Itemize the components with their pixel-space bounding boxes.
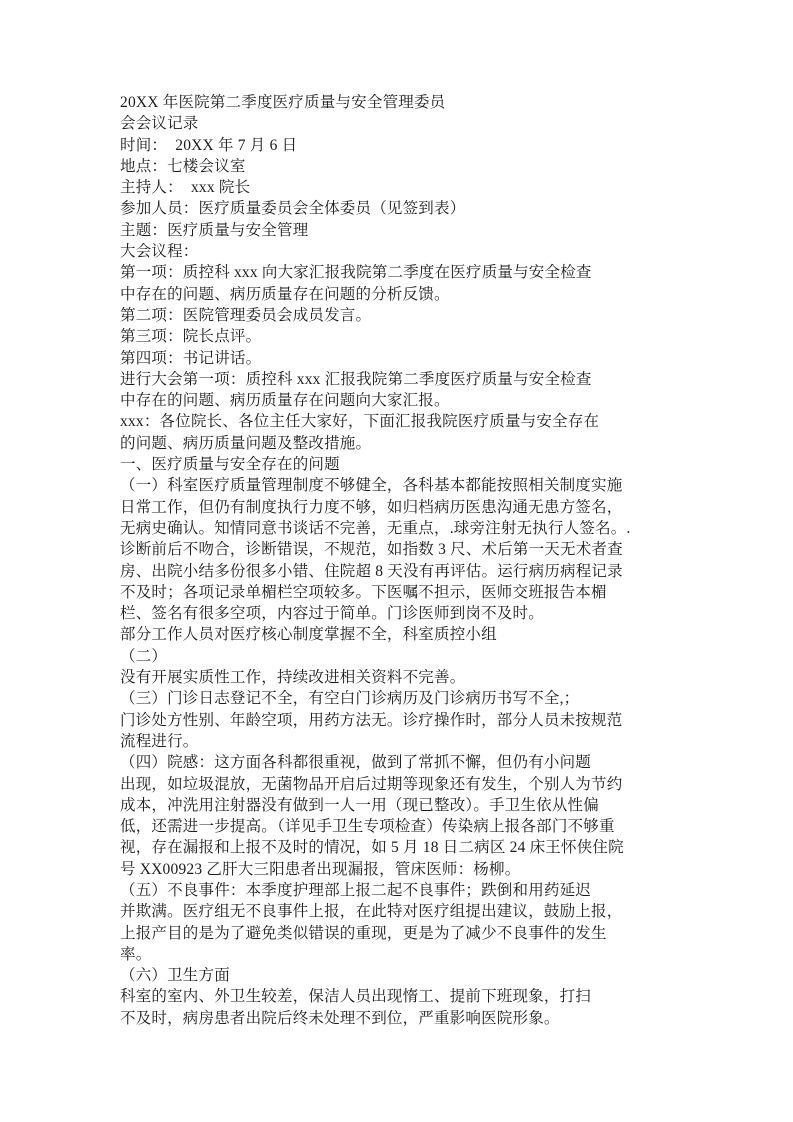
text-line: 一、医疗质量与安全存在的问题 <box>120 454 678 475</box>
text-line: 流程进行。 <box>120 731 678 752</box>
text-line: 门诊处方性别、年龄空项，用药方法无。诊疗操作时，部分人员未按规范 <box>120 710 678 731</box>
text-line: 不及时；各项记录单楣栏空项较多。下医嘱不担示，医师交班报告本楣 <box>120 582 678 603</box>
text-line: 的问题、病历质量问题及整改措施。 <box>120 433 678 454</box>
text-line: 诊断前后不吻合，诊断错误，不规范，如指数 3 尺、术后第一天无术者查 <box>120 539 678 560</box>
text-line: （四）院感：这方面各科都很重视，做到了常抓不懈，但仍有小问题 <box>120 752 678 773</box>
text-line: 号 XX00923 乙肝大三阳患者出现漏报，管床医师：杨柳。 <box>120 859 678 880</box>
text-line: 第四项：书记讲话。 <box>120 348 678 369</box>
text-line: 会会议记录 <box>120 113 678 134</box>
text-line: 不及时，病房患者出院后终未处理不到位，严重影响医院形象。 <box>120 1008 678 1029</box>
text-line: xxx：各位院长、各位主任大家好，下面汇报我院医疗质量与安全存在 <box>120 411 678 432</box>
text-line: 主持人： xxx 院长 <box>120 177 678 198</box>
text-line: 第三项：院长点评。 <box>120 326 678 347</box>
text-line: 出现，如垃圾混放，无菌物品开启后过期等现象还有发生，个别人为节约 <box>120 774 678 795</box>
text-line: 地点：七楼会议室 <box>120 156 678 177</box>
text-line: 率。 <box>120 944 678 965</box>
text-line: 中存在的问题、病历质量存在问题的分析反馈。 <box>120 284 678 305</box>
document-text-block: 20XX 年医院第二季度医疗质量与安全管理委员 会会议记录 时间： 20XX 年… <box>120 92 678 1029</box>
text-line: 日常工作，但仍有制度执行力度不够，如归档病历医患沟通无患方签名， <box>120 497 678 518</box>
text-line: （五）不良事件：本季度护理部上报二起不良事件；跌倒和用药延迟 <box>120 880 678 901</box>
text-line: （六）卫生方面 <box>120 965 678 986</box>
text-line: 大会议程： <box>120 241 678 262</box>
text-line: 进行大会第一项：质控科 xxx 汇报我院第二季度医疗质量与安全检查 <box>120 369 678 390</box>
text-line: （一）科室医疗质量管理制度不够健全，各科基本都能按照相关制度实施 <box>120 475 678 496</box>
text-line: 部分工作人员对医疗核心制度掌握不全，科室质控小组 <box>120 624 678 645</box>
text-line: 并欺满。医疗组无不良事件上报，在此特对医疗组提出建议，鼓励上报， <box>120 901 678 922</box>
text-line: 房、出院小结多份很多小错、住院超 8 天没有再评估。运行病历病程记录 <box>120 561 678 582</box>
text-line: 视，存在漏报和上报不及时的情况，如 5 月 18 日二病区 24 床王怀侠住院 <box>120 837 678 858</box>
text-line: 低，还需进一步提高。（详见手卫生专项检查）传染病上报各部门不够重 <box>120 816 678 837</box>
text-line: 科室的室内、外卫生较差，保洁人员出现惰工、提前下班现象，打扫 <box>120 986 678 1007</box>
text-line: 无病史确认。知情同意书谈话不完善，无重点，.球旁注射无执行人签名。. <box>120 518 678 539</box>
text-line: （三）门诊日志登记不全，有空白门诊病历及门诊病历书写不全,； <box>120 688 678 709</box>
text-line: 主题：医疗质量与安全管理 <box>120 220 678 241</box>
text-line: 第二项：医院管理委员会成员发言。 <box>120 305 678 326</box>
text-line: 时间： 20XX 年 7 月 6 日 <box>120 135 678 156</box>
text-line: 第一项：质控科 xxx 向大家汇报我院第二季度在医疗质量与安全检查 <box>120 262 678 283</box>
text-line: 成本，冲洗用注射器没有做到一人一用（现已整改）。手卫生依从性偏 <box>120 795 678 816</box>
text-line: 参加人员：医疗质量委员会全体委员（见签到表） <box>120 198 678 219</box>
text-line: 栏、签名有很多空项，内容过于简单。门诊医师到岗不及时。 <box>120 603 678 624</box>
text-line: 20XX 年医院第二季度医疗质量与安全管理委员 <box>120 92 678 113</box>
text-line: 中存在的问题、病历质量存在问题向大家汇报。 <box>120 390 678 411</box>
text-line: 上报产目的是为了避免类似错误的重现，更是为了减少不良事件的发生 <box>120 923 678 944</box>
text-line: （二） <box>120 646 678 667</box>
document-page: 20XX 年医院第二季度医疗质量与安全管理委员 会会议记录 时间： 20XX 年… <box>0 0 793 1122</box>
text-line: 没有开展实质性工作，持续改进相关资料不完善。 <box>120 667 678 688</box>
